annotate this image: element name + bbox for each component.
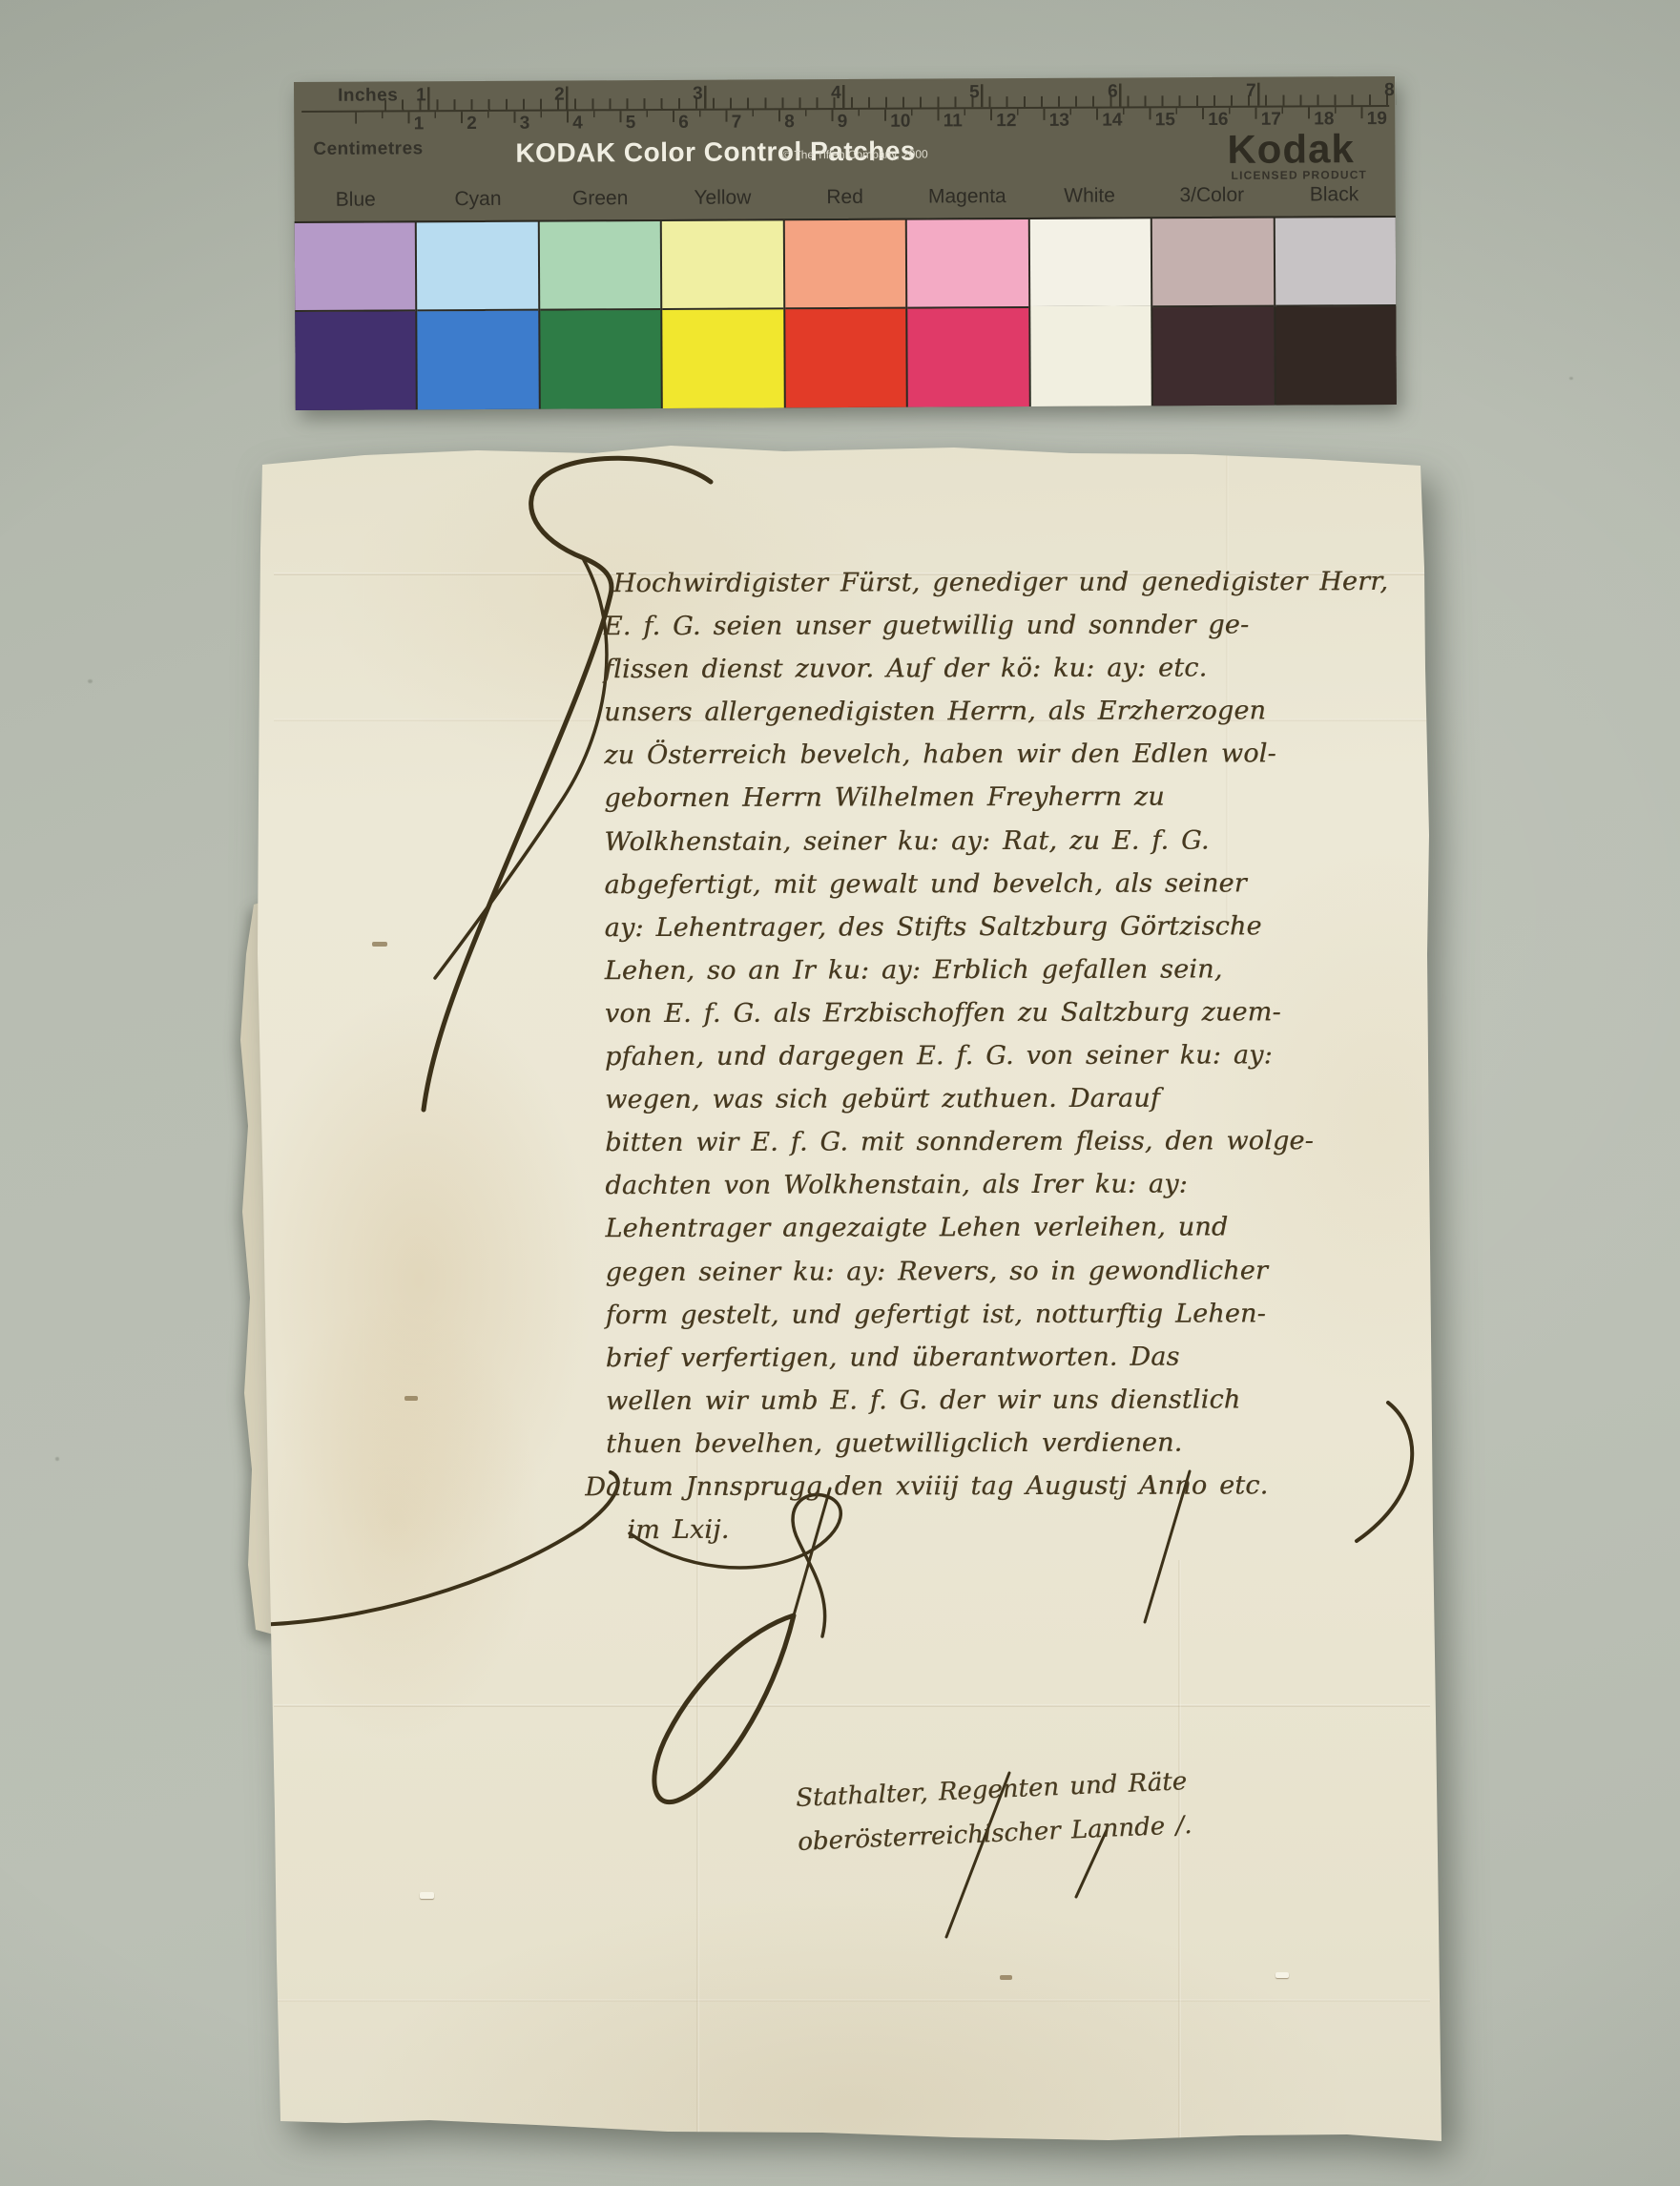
- manuscript-line: gegen seiner ku: ay: Revers, so in gewon…: [606, 1248, 1445, 1293]
- manuscript-line: Lehen, so an Ir ku: ay: Erblich gefallen…: [605, 947, 1444, 992]
- manuscript-line: Lehentrager angezaigte Lehen verleihen, …: [605, 1205, 1444, 1250]
- patch-grid: [295, 216, 1397, 410]
- manuscript-line: Datum Jnnsprugg den xviiij tag Augustj A…: [585, 1464, 1445, 1509]
- cm-number: 19: [1367, 109, 1387, 130]
- manuscript-line: flissen dienst zuvor. Auf der kö: ku: ay…: [604, 646, 1443, 691]
- patch-column-yellow: [662, 220, 783, 408]
- paper-hole: [372, 942, 387, 947]
- patch-column-green: [540, 221, 661, 409]
- manuscript-line: wellen wir umb E. f. G. der wir uns dien…: [606, 1378, 1445, 1423]
- paper-hole: [404, 1396, 418, 1401]
- manuscript-line: E. f. G. seien unser guetwillig und sonn…: [604, 603, 1443, 648]
- patch-pastel-cell: [1275, 218, 1396, 307]
- tiffen-copyright: © The Tiffen Company, 2000: [782, 148, 927, 162]
- inch-number: 1: [416, 85, 426, 106]
- cm-number: 10: [890, 112, 910, 133]
- inch-number: 3: [693, 84, 703, 105]
- manuscript-line: von E. f. G. als Erzbischoffen zu Saltzb…: [605, 990, 1444, 1035]
- inch-number: 4: [831, 83, 841, 104]
- paper-hole: [1000, 1975, 1012, 1980]
- kodak-logo: Kodak: [1227, 126, 1355, 173]
- manuscript-page-wrap: Hochwirdigister Fürst, genediger und gen…: [250, 434, 1454, 2159]
- patch-label: Red: [783, 186, 905, 218]
- inch-number: 2: [554, 85, 565, 106]
- cm-number: 5: [626, 113, 636, 134]
- patch-column-white: [1029, 219, 1151, 406]
- patch-column-blue: [295, 222, 416, 410]
- manuscript-text-block: Hochwirdigister Fürst, genediger und gen…: [604, 560, 1446, 1551]
- cm-number: 4: [572, 113, 583, 134]
- fold-crease-vertical: [1178, 1560, 1181, 2159]
- cm-number: 8: [784, 112, 795, 133]
- inch-number: 6: [1108, 81, 1118, 102]
- patch-saturated-cell: [907, 308, 1028, 407]
- paper-chip: [1276, 1972, 1289, 1978]
- manuscript-line: pfahen, und dargegen E. f. G. von seiner…: [605, 1033, 1444, 1078]
- background-speck: [55, 1457, 59, 1461]
- manuscript-line: zu Österreich bevelch, haben wir den Edl…: [604, 732, 1443, 777]
- manuscript-line: im Lxij.: [627, 1507, 1445, 1551]
- cm-number: 6: [678, 113, 689, 134]
- cm-number: 15: [1155, 110, 1175, 131]
- datum-tail-flourish: [252, 1472, 618, 1625]
- patch-column-magenta: [907, 219, 1028, 407]
- cm-number: 13: [1049, 111, 1069, 132]
- kodak-color-bar: Inches 12345678 123456789101112131415161…: [294, 82, 1395, 408]
- patch-saturated-cell: [1276, 306, 1397, 406]
- manuscript-line: bitten wir E. f. G. mit sonnderem fleiss…: [605, 1119, 1444, 1164]
- patch-pastel-cell: [540, 221, 661, 311]
- manuscript-line: abgefertigt, mit gewalt und bevelch, als…: [604, 862, 1443, 906]
- manuscript-line: thuen bevelhen, guetwilligclich verdiene…: [606, 1421, 1445, 1466]
- cm-number: 14: [1102, 110, 1122, 131]
- patch-saturated-cell: [540, 310, 661, 409]
- cm-number: 2: [467, 114, 477, 135]
- kodak-card: Inches 12345678 123456789101112131415161…: [294, 76, 1397, 408]
- patch-label: Blue: [295, 188, 417, 219]
- background-speck: [1569, 377, 1573, 380]
- patch-label: Magenta: [906, 185, 1028, 217]
- manuscript-line: form gestelt, und gefertigt ist, notturf…: [606, 1291, 1445, 1336]
- patch-saturated-cell: [663, 309, 784, 408]
- patch-pastel-cell: [785, 220, 906, 310]
- inch-number: 7: [1246, 81, 1256, 102]
- licensed-product-label: LICENSED PRODUCT: [1231, 168, 1367, 182]
- patch-saturated-cell: [785, 309, 906, 408]
- cm-number: 9: [838, 112, 848, 133]
- patch-saturated-cell: [1152, 307, 1274, 406]
- inch-number: 8: [1384, 80, 1395, 101]
- patch-labels-row: BlueCyanGreenYellowRedMagentaWhite3/Colo…: [295, 183, 1396, 219]
- centimetres-label: Centimetres: [313, 138, 423, 160]
- patch-saturated-cell: [418, 311, 539, 410]
- manuscript-line: dachten von Wolkhenstain, als Irer ku: a…: [605, 1162, 1444, 1207]
- cm-number: 16: [1208, 110, 1228, 131]
- fold-crease: [274, 1999, 1430, 2002]
- patch-label: White: [1028, 184, 1151, 216]
- patch-label: Cyan: [417, 188, 539, 219]
- patch-saturated-cell: [295, 311, 416, 410]
- cm-number: 11: [944, 111, 963, 132]
- patch-pastel-cell: [907, 219, 1028, 309]
- signature-teardrop-flourish: [654, 1615, 794, 1802]
- cm-number: 7: [732, 113, 742, 134]
- inch-number: 5: [969, 82, 980, 103]
- patch-label: Green: [539, 187, 661, 219]
- paper-chip: [420, 1892, 434, 1899]
- patch-column-red: [785, 220, 906, 408]
- patch-pastel-cell: [662, 220, 783, 310]
- manuscript-line: gebornen Herrn Wilhelmen Freyherrn zu: [604, 775, 1443, 820]
- manuscript-line: unsers allergenedigisten Herrn, als Erzh…: [604, 689, 1443, 734]
- signature-block: Stathalter, Regenten und Räteoberösterre…: [795, 1759, 1193, 1864]
- manuscript-line: Wolkhenstain, seiner ku: ay: Rat, zu E. …: [604, 818, 1443, 863]
- manuscript-line: Hochwirdigister Fürst, genediger und gen…: [613, 560, 1443, 605]
- cm-number: 1: [414, 114, 425, 135]
- manuscript-line: wegen, was sich gebürt zuthuen. Darauf: [605, 1076, 1444, 1121]
- cm-number: 12: [996, 111, 1016, 132]
- patch-pastel-cell: [295, 222, 416, 312]
- fold-crease: [274, 1704, 1430, 1707]
- patch-label: 3/Color: [1151, 184, 1273, 216]
- patch-pastel-cell: [1152, 219, 1274, 308]
- patch-column-3-color: [1152, 219, 1274, 406]
- patch-column-black: [1275, 218, 1396, 406]
- cm-number: 3: [520, 114, 530, 135]
- patch-saturated-cell: [1030, 305, 1151, 406]
- patch-label: Black: [1273, 183, 1395, 215]
- manuscript-line: ay: Lehentrager, des Stifts Saltzburg Gö…: [605, 905, 1444, 949]
- manuscript-line: brief verfertigen, und überantworten. Da…: [606, 1335, 1445, 1380]
- patch-pastel-cell: [417, 222, 538, 312]
- patch-label: Yellow: [661, 186, 783, 218]
- patch-column-cyan: [417, 222, 538, 410]
- patch-pastel-cell: [1029, 219, 1151, 306]
- manuscript-page: Hochwirdigister Fürst, genediger und gen…: [250, 434, 1454, 2159]
- background-speck: [88, 679, 93, 683]
- initial-capital-flourish-cross: [435, 560, 607, 978]
